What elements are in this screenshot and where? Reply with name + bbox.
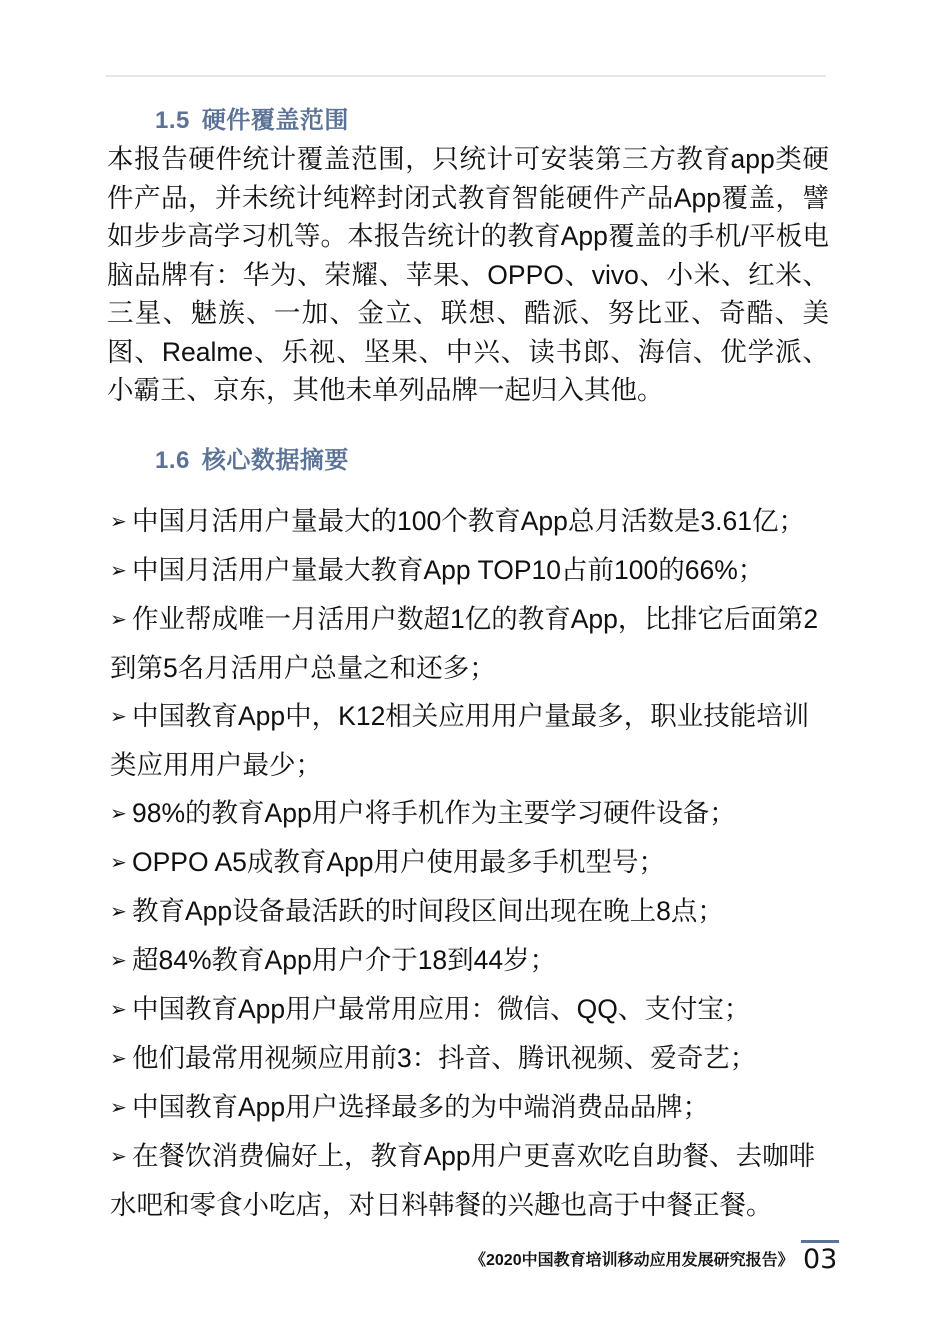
footer-report-title: 《2020中国教育培训移动应用发展研究报告》 <box>470 1247 794 1270</box>
list-item: ➢作业帮成唯一月活用户数超1亿的教育App，比排它后面第2到第5名月活用户总量之… <box>110 595 830 692</box>
arrowhead-bullet-icon: ➢ <box>110 547 132 595</box>
section-heading-1-5: 1.5硬件覆盖范围 <box>155 100 349 135</box>
page-number: 03 <box>803 1244 837 1275</box>
list-item: ➢在餐饮消费偏好上，教育App用户更喜欢吃自助餐、去咖啡水吧和零食小吃店，对日料… <box>110 1132 830 1229</box>
core-data-summary-list: ➢中国月活用户量最大的100个教育App总月活数是3.61亿； ➢中国月活用户量… <box>110 497 830 1229</box>
section-title: 核心数据摘要 <box>202 447 349 474</box>
list-item: ➢OPPO A5成教育App用户使用最多手机型号； <box>110 838 830 887</box>
section-number: 1.6 <box>155 447 190 474</box>
list-item: ➢中国教育App用户选择最多的为中端消费品品牌； <box>110 1083 830 1132</box>
section-heading-1-6: 1.6核心数据摘要 <box>155 440 349 475</box>
arrowhead-bullet-icon: ➢ <box>110 1133 132 1181</box>
arrowhead-bullet-icon: ➢ <box>110 1035 132 1083</box>
hardware-coverage-paragraph: 本报告硬件统计覆盖范围，只统计可安装第三方教育app类硬件产品，并未统计纯粹封闭… <box>107 140 829 410</box>
section-number: 1.5 <box>155 107 190 134</box>
section-title: 硬件覆盖范围 <box>202 107 349 134</box>
list-item: ➢教育App设备最活跃的时间段区间出现在晚上8点； <box>110 887 830 936</box>
arrowhead-bullet-icon: ➢ <box>110 693 132 741</box>
top-divider <box>106 75 826 77</box>
list-item: ➢中国月活用户量最大的100个教育App总月活数是3.61亿； <box>110 497 830 546</box>
list-item: ➢超84%教育App用户介于18到44岁； <box>110 936 830 985</box>
list-item: ➢98%的教育App用户将手机作为主要学习硬件设备； <box>110 789 830 838</box>
arrowhead-bullet-icon: ➢ <box>110 1084 132 1132</box>
page-number-accent-bar <box>801 1240 839 1243</box>
list-item: ➢中国教育App用户最常用应用：微信、QQ、支付宝； <box>110 985 830 1034</box>
list-item: ➢他们最常用视频应用前3：抖音、腾讯视频、爱奇艺； <box>110 1034 830 1083</box>
arrowhead-bullet-icon: ➢ <box>110 839 132 887</box>
arrowhead-bullet-icon: ➢ <box>110 596 132 644</box>
list-item: ➢中国教育App中，K12相关应用用户量最多，职业技能培训类应用用户最少； <box>110 692 830 789</box>
arrowhead-bullet-icon: ➢ <box>110 498 132 546</box>
arrowhead-bullet-icon: ➢ <box>110 937 132 985</box>
list-item: ➢中国月活用户量最大教育App TOP10占前100的66%； <box>110 546 830 595</box>
arrowhead-bullet-icon: ➢ <box>110 888 132 936</box>
arrowhead-bullet-icon: ➢ <box>110 790 132 838</box>
arrowhead-bullet-icon: ➢ <box>110 986 132 1034</box>
